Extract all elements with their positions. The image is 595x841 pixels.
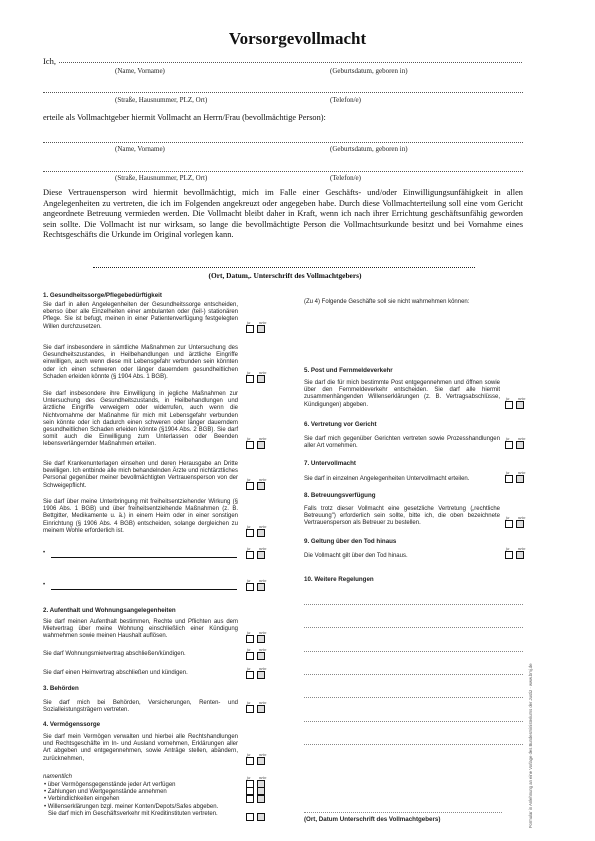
grantor-address-field[interactable] xyxy=(43,92,523,93)
no-checkbox[interactable] xyxy=(257,757,265,765)
signature-top-field[interactable] xyxy=(93,267,475,268)
section-3-title: 3. Behörden xyxy=(43,685,79,692)
yes-checkbox[interactable] xyxy=(246,441,254,449)
agent-address-label: (Straße, Hausnummer, PLZ, Ort) xyxy=(115,174,207,182)
agent-phone-label: (Telefon/e) xyxy=(330,174,361,182)
agent-name-field[interactable] xyxy=(43,142,523,143)
no-checkbox[interactable] xyxy=(516,520,524,528)
yes-checkbox[interactable] xyxy=(246,795,254,803)
checkbox-1-3: janein xyxy=(246,436,279,451)
no-checkbox[interactable] xyxy=(516,441,524,449)
section-1-para-4: Sie darf Krankenunterlagen einsehen und … xyxy=(43,461,238,490)
agent-name-label: (Name, Vorname) xyxy=(115,145,165,153)
yes-checkbox[interactable] xyxy=(505,475,513,483)
checkbox-9-1: janein xyxy=(505,546,538,561)
section-9-para-1: Die Vollmacht gilt über den Tod hinaus. xyxy=(304,553,408,560)
yes-checkbox[interactable] xyxy=(505,401,513,409)
checkbox-5-1: janein xyxy=(505,396,538,411)
further-rules-line-7[interactable] xyxy=(304,744,523,745)
intro-paragraph: Diese Vertrauensperson wird hiermit bevo… xyxy=(43,188,523,241)
no-checkbox[interactable] xyxy=(257,652,265,660)
no-checkbox[interactable] xyxy=(257,671,265,679)
checkbox-1-5: janein xyxy=(246,524,279,539)
footer-source-note: Formular in Anlehnung an eine Vorlage de… xyxy=(528,663,533,828)
custom-entry-1-field[interactable] xyxy=(51,557,237,558)
section-1-para-3: Sie darf insbesondere ihre Einwilligung … xyxy=(43,391,238,449)
section-1-para-2: Sie darf insbesondere in sämtliche Maßna… xyxy=(43,345,238,381)
checkbox-4-5 xyxy=(246,808,279,823)
namentlich-label: namentlich xyxy=(43,774,72,781)
grantor-address-label: (Straße, Hausnummer, PLZ, Ort) xyxy=(115,96,207,104)
checkbox-1-2: janein xyxy=(246,370,279,385)
further-rules-line-1[interactable] xyxy=(304,604,523,605)
section-2-para-2: Sie darf Wohnungsmietvertrag abschließen… xyxy=(43,651,186,658)
yes-checkbox[interactable] xyxy=(246,375,254,383)
section-4-para-1: Sie darf mein Vermögen verwalten und hie… xyxy=(43,734,238,763)
further-rules-line-2[interactable] xyxy=(304,627,523,628)
no-checkbox[interactable] xyxy=(257,441,265,449)
asset-item-5: Sie darf mich im Geschäftsverkehr mit Kr… xyxy=(48,811,218,818)
further-rules-line-4[interactable] xyxy=(304,674,523,675)
signature-bottom-label: (Ort, Datum Unterschrift des Vollmachtge… xyxy=(304,816,440,823)
yes-checkbox[interactable] xyxy=(246,583,254,591)
section-2-para-3: Sie darf einen Heimvertrag abschließen u… xyxy=(43,670,188,677)
section-9-title: 9. Geltung über den Tod hinaus xyxy=(304,538,396,545)
section-6-para-1: Sie darf mich gegenüber Gerichten vertre… xyxy=(304,436,500,450)
asset-item-3: • Verbindlichkeiten eingehen xyxy=(44,796,120,803)
no-checkbox[interactable] xyxy=(257,325,265,333)
section-5-para-1: Sie darf die für mich bestimmte Post ent… xyxy=(304,380,500,409)
section-10-title: 10. Weitere Regelungen xyxy=(304,576,374,583)
custom-entry-2-field[interactable] xyxy=(51,589,237,590)
section-2-para-1: Sie darf meinen Aufenthalt bestimmen, Re… xyxy=(43,619,238,641)
further-rules-line-5[interactable] xyxy=(304,697,523,698)
no-checkbox[interactable] xyxy=(257,705,265,713)
further-rules-line-3[interactable] xyxy=(304,651,523,652)
section-3-para-1: Sie darf mich bei Behörden, Versicherung… xyxy=(43,700,238,714)
section-5-title: 5. Post und Fernmeldeverkehr xyxy=(304,367,393,374)
checkbox-7-1: janein xyxy=(505,470,538,485)
agent-address-field[interactable] xyxy=(43,171,523,172)
yes-checkbox[interactable] xyxy=(246,482,254,490)
custom-bullet-1: • xyxy=(43,550,45,557)
section-8-para-1: Falls trotz dieser Vollmacht eine gesetz… xyxy=(304,506,500,528)
no-checkbox[interactable] xyxy=(516,401,524,409)
yes-checkbox[interactable] xyxy=(246,813,254,821)
no-checkbox[interactable] xyxy=(516,551,524,559)
grant-statement: erteile als Vollmachtgeber hiermit Vollm… xyxy=(43,113,326,122)
signature-top-label: (Ort, Datum,. Unterschrift des Vollmacht… xyxy=(0,271,570,280)
section-4-exclusions-label: (Zu 4) Folgende Geschäfte soll sie nicht… xyxy=(304,299,469,306)
section-1-para-1: Sie darf in allen Angelegenheiten der Ge… xyxy=(43,302,238,331)
yes-checkbox[interactable] xyxy=(246,671,254,679)
yes-checkbox[interactable] xyxy=(246,652,254,660)
section-1-title: 1. Gesundheitssorge/Pflegebedürftigkeit xyxy=(43,292,162,299)
no-checkbox[interactable] xyxy=(257,529,265,537)
grantor-prefix: Ich, xyxy=(43,56,56,66)
yes-checkbox[interactable] xyxy=(505,441,513,449)
further-rules-line-6[interactable] xyxy=(304,721,523,722)
checkbox-2-3: janein xyxy=(246,666,279,681)
section-8-title: 8. Betreuungsverfügung xyxy=(304,492,376,499)
section-1-para-5: Sie darf über meine Unterbringung mit fr… xyxy=(43,499,238,535)
no-checkbox[interactable] xyxy=(257,551,265,559)
no-checkbox[interactable] xyxy=(257,375,265,383)
grantor-name-label: (Name, Vorname) xyxy=(115,67,165,75)
section-7-title: 7. Untervollmacht xyxy=(304,460,356,467)
checkbox-8-1: janein xyxy=(505,515,538,530)
section-2-title: 2. Aufenthalt und Wohnungsangelegenheite… xyxy=(43,607,176,614)
checkbox-3-1: janein xyxy=(246,700,279,715)
checkbox-2-1: janein xyxy=(246,630,279,645)
section-6-title: 6. Vertretung vor Gericht xyxy=(304,421,377,428)
yes-checkbox[interactable] xyxy=(246,551,254,559)
no-checkbox[interactable] xyxy=(516,475,524,483)
yes-checkbox[interactable] xyxy=(246,757,254,765)
grantor-name-field[interactable] xyxy=(59,62,522,63)
no-checkbox[interactable] xyxy=(257,813,265,821)
yes-checkbox[interactable] xyxy=(246,529,254,537)
grantor-birth-label: (Geburtsdatum, geboren in) xyxy=(330,67,408,75)
checkbox-1-4: janein xyxy=(246,477,279,492)
yes-checkbox[interactable] xyxy=(246,325,254,333)
yes-checkbox[interactable] xyxy=(505,520,513,528)
no-checkbox[interactable] xyxy=(257,795,265,803)
no-checkbox[interactable] xyxy=(257,482,265,490)
no-checkbox[interactable] xyxy=(257,635,265,643)
yes-checkbox[interactable] xyxy=(505,551,513,559)
checkbox-4-4 xyxy=(246,790,279,805)
no-checkbox[interactable] xyxy=(257,583,265,591)
section-7-para-1: Sie darf in einzelnen Angelegenheiten Un… xyxy=(304,476,469,483)
checkbox-1-6: janein xyxy=(246,546,279,561)
checkbox-2-2: janein xyxy=(246,647,279,662)
section-4-title: 4. Vermögenssorge xyxy=(43,721,100,728)
grantor-phone-label: (Telefon/e) xyxy=(330,96,361,104)
checkbox-1-1: janein xyxy=(246,320,279,335)
custom-bullet-2: • xyxy=(43,582,45,589)
checkbox-4-1: janein xyxy=(246,752,279,767)
checkbox-1-7: janein xyxy=(246,578,279,593)
yes-checkbox[interactable] xyxy=(246,635,254,643)
yes-checkbox[interactable] xyxy=(246,705,254,713)
signature-bottom-field[interactable] xyxy=(304,812,502,813)
agent-birth-label: (Geburtsdatum, geboren in) xyxy=(330,145,408,153)
page-title: Vorsorgevollmacht xyxy=(0,29,595,49)
checkbox-6-1: janein xyxy=(505,436,538,451)
